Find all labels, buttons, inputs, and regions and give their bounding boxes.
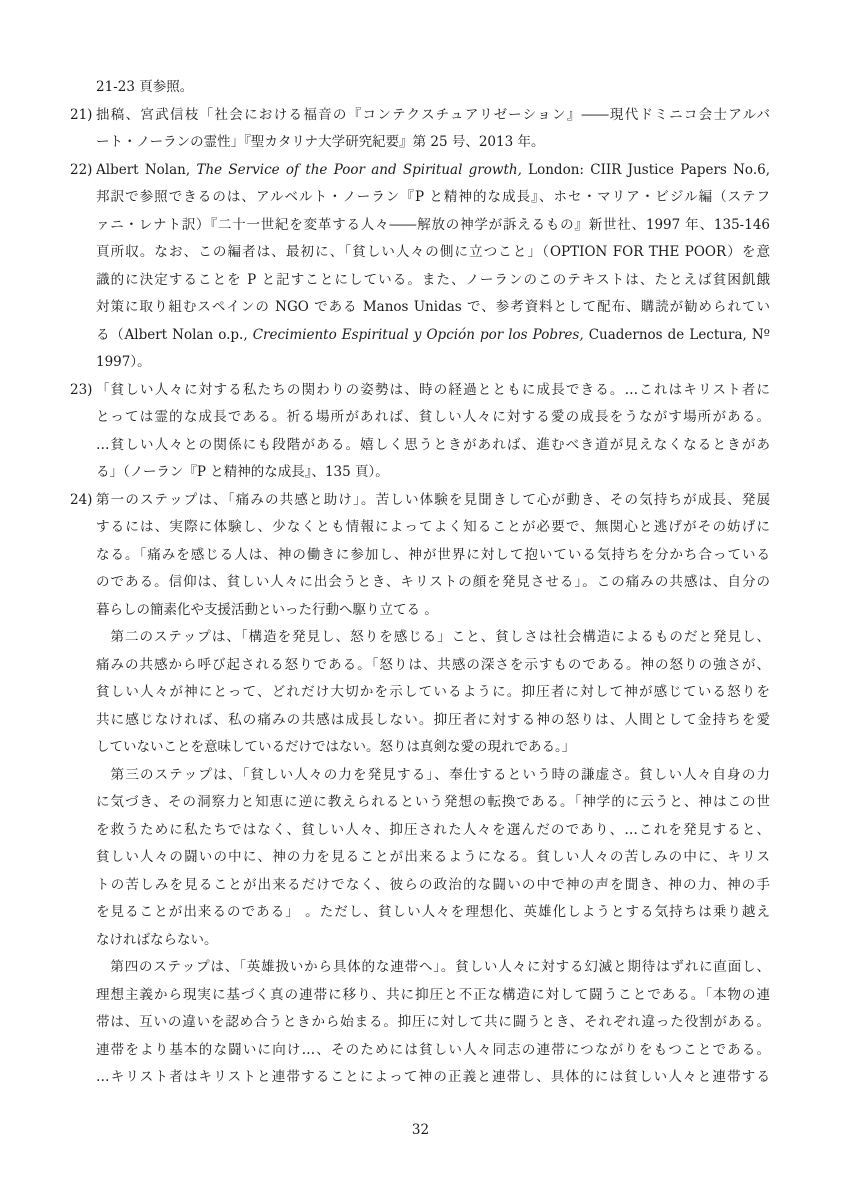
note-body: 第一のステップは、「痛みの共感と助け」。苦しい体験を見聞きして心が動き、その気持… xyxy=(96,487,770,1092)
note-line: …キリスト者はキリストと連帯することによって神の正義と連帯し、具体的には貧しい人… xyxy=(96,1064,770,1092)
note-number: 22) xyxy=(70,157,92,185)
note-line: …貧しい人々との関係にも段階がある。嬉しく思うときがあれば、進むべき道が見えなく… xyxy=(96,432,770,460)
note-line: していないことを意味しているだけではない。怒りは真剣な愛の現れである。」 xyxy=(96,734,770,762)
note-line: 痛みの共感から呼び起される怒りである。「怒りは、共感の深さを示すものである。神の… xyxy=(96,652,770,680)
note-line: 識的に決定することを P と記すことにしている。また、ノーランのこのテキストは、… xyxy=(96,267,770,295)
note-line: 帯は、互いの違いを認め合うときから始まる。抑圧に対して共に闘うとき、それぞれ違っ… xyxy=(96,1009,770,1037)
note-line: 貧しい人々の闘いの中に、神の力を見ることが出来るようになる。貧しい人々の苦しみの… xyxy=(96,844,770,872)
note-line: る」（ノーラン『P と精神的な成長』、135 頁）。 xyxy=(96,459,770,487)
note-line: 21-23 頁参照。 xyxy=(96,74,770,102)
note-line: のである。信仰は、貧しい人々に出会うとき、キリストの顔を発見させる」。この痛みの… xyxy=(96,569,770,597)
note-item: 24)第一のステップは、「痛みの共感と助け」。苦しい体験を見聞きして心が動き、そ… xyxy=(70,487,770,1092)
note-line: ート・ノーランの霊性」『聖カタリナ大学研究紀要』第 25 号、2013 年。 xyxy=(96,129,770,157)
note-line: Albert Nolan, The Service of the Poor an… xyxy=(96,157,770,185)
note-line: トの苦しみを見ることが出来るだけでなく、彼らの政治的な闘いの中で神の声を聞き、神… xyxy=(96,872,770,900)
note-line: 「貧しい人々に対する私たちの関わりの姿勢は、時の経過とともに成長できる。…これは… xyxy=(96,377,770,405)
note-line: なければならない。 xyxy=(96,927,770,955)
note-line: なる。「痛みを感じる人は、神の働きに参加し、神が世界に対して抱いている気持ちを分… xyxy=(96,542,770,570)
citation-text: Albert Nolan, xyxy=(96,162,196,178)
note-number: 21) xyxy=(70,102,92,130)
note-line: 対策に取り組むスペインの NGO である Manos Unidas で、参考資料… xyxy=(96,294,770,322)
note-line: 暮らしの簡素化や支援活動といった行動へ駆り立てる 。 xyxy=(96,597,770,625)
citation-text: る（Albert Nolan o.p., xyxy=(96,327,253,343)
note-line: 第二のステップは、「構造を発見し、怒りを感じる」こと、貧しさは社会構造によるもの… xyxy=(96,624,770,652)
note-line: 第三のステップは、「貧しい人々の力を発見する」、奉仕するという時の謙虚さ。貧しい… xyxy=(96,762,770,790)
note-line: するには、実際に体験し、少なくとも情報によってよく知ることが必要で、無関心と逃げ… xyxy=(96,514,770,542)
document-page: 21-23 頁参照。21)拙稿、宮武信枝「社会における福音の『コンテクスチュアリ… xyxy=(0,0,841,1190)
italic-citation-title: The Service of the Poor and Spiritual gr… xyxy=(196,162,521,178)
note-item: 23)「貧しい人々に対する私たちの関わりの姿勢は、時の経過とともに成長できる。…… xyxy=(70,377,770,487)
note-body: 拙稿、宮武信枝「社会における福音の『コンテクスチュアリゼーション』――現代ドミニ… xyxy=(96,102,770,157)
note-body: 21-23 頁参照。 xyxy=(96,74,770,102)
page-number: 32 xyxy=(412,1122,429,1138)
note-item: 21-23 頁参照。 xyxy=(70,74,770,102)
note-line: 共に感じなければ、私の痛みの共感は成長しない。抑圧者に対する神の怒りは、人間とし… xyxy=(96,707,770,735)
note-number: 23) xyxy=(70,377,92,405)
note-line: 邦訳で参照できるのは、アルベルト・ノーラン『P と精神的な成長』、ホセ・マリア・… xyxy=(96,184,770,212)
note-line: る（Albert Nolan o.p., Crecimiento Espirit… xyxy=(96,322,770,350)
note-item: 22)Albert Nolan, The Service of the Poor… xyxy=(70,157,770,377)
italic-citation-title: Crecimiento Espiritual y Opción por los … xyxy=(253,327,584,343)
note-body: 「貧しい人々に対する私たちの関わりの姿勢は、時の経過とともに成長できる。…これは… xyxy=(96,377,770,487)
note-line: 連帯をより基本的な闘いに向け…、そのためには貧しい人々同志の連帯につながりをもつ… xyxy=(96,1037,770,1065)
note-line: ァニ・レナト訳）『二十一世紀を変革する人々――解放の神学が訴えるもの』新世社、1… xyxy=(96,212,770,240)
endnotes: 21-23 頁参照。21)拙稿、宮武信枝「社会における福音の『コンテクスチュアリ… xyxy=(70,74,770,1092)
note-line: を見ることが出来るのである」 。ただし、貧しい人々を理想化、英雄化しようとする気… xyxy=(96,899,770,927)
note-number: 24) xyxy=(70,487,92,515)
note-line: 頁所収。なお、この編者は、最初に、「貧しい人々の側に立つこと」（OPTION F… xyxy=(96,239,770,267)
note-line: 理想主義から現実に基づく真の連帯に移り、共に抑圧と不正な構造に対して闘うことであ… xyxy=(96,982,770,1010)
note-line: 貧しい人々が神にとって、どれだけ大切かを示しているように。抑圧者に対して神が感じ… xyxy=(96,679,770,707)
note-body: Albert Nolan, The Service of the Poor an… xyxy=(96,157,770,377)
note-line: 拙稿、宮武信枝「社会における福音の『コンテクスチュアリゼーション』――現代ドミニ… xyxy=(96,102,770,130)
note-line: とっては霊的な成長である。祈る場所があれば、貧しい人々に対する愛の成長をうながす… xyxy=(96,404,770,432)
note-line: 第四のステップは、「英雄扱いから具体的な連帯へ」。貧しい人々に対する幻滅と期待は… xyxy=(96,954,770,982)
note-line: 第一のステップは、「痛みの共感と助け」。苦しい体験を見聞きして心が動き、その気持… xyxy=(96,487,770,515)
note-item: 21)拙稿、宮武信枝「社会における福音の『コンテクスチュアリゼーション』――現代… xyxy=(70,102,770,157)
note-line: を救うために私たちではなく、貧しい人々、抑圧された人々を選んだのであり、…これを… xyxy=(96,817,770,845)
note-line: 1997）。 xyxy=(96,349,770,377)
note-line: に気づき、その洞察力と知恵に逆に教えられるという発想の転換である。「神学的に云う… xyxy=(96,789,770,817)
page-number-footer: 32 xyxy=(0,1120,841,1140)
